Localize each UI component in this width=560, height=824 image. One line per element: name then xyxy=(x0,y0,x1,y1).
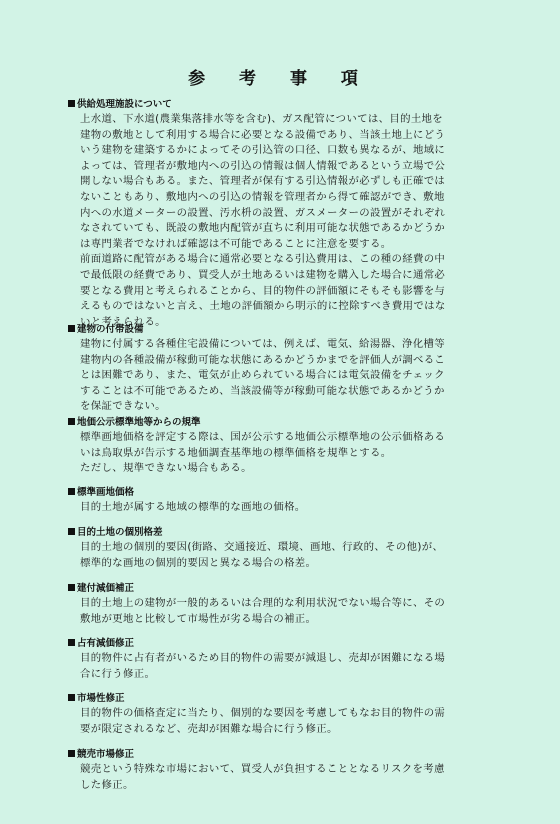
body-line: 建物の敷地として利用する場合に必要となる設備であり、当該土地上にどう xyxy=(68,128,498,144)
body-line: 建物内の各種設備が稼動可能な状態にあるかどうかまでを評価人が調べるこ xyxy=(68,353,498,369)
body-line: は専門業者でなければ確認は不可能であることに注意を要する。 xyxy=(68,237,498,253)
body-line: 競売という特殊な市場において、買受人が負担することとなるリスクを考慮 xyxy=(68,762,498,778)
body-line: 開しない場合もある。また、管理者が保有する引込情報が必ずしも正確では xyxy=(68,174,498,190)
body-line: いう建物を建築するかによってその引込管の口径、口数も異なるが、地域に xyxy=(68,143,498,159)
body-line: 合に行う修正。 xyxy=(68,667,498,683)
section-building-equipment: 建物の付帯設備 建物に付属する各種住宅設備については、例えば、電気、給湯器、浄化… xyxy=(68,323,498,415)
body-line: 上水道、下水道(農業集落排水等を含む)、ガス配管については、目的土地を xyxy=(68,112,498,128)
section-standard-lot-price: 標準画地価格 目的土地が属する地域の標準的な画地の価格。 xyxy=(68,486,498,516)
body-line: を保証できない。 xyxy=(68,399,498,415)
square-bullet-icon xyxy=(68,100,75,107)
section-heading-text: 供給処理施設について xyxy=(77,99,172,110)
section-individual-difference: 目的土地の個別格差 目的土地の個別的要因(街路、交通接近、環境、画地、行政的、そ… xyxy=(68,526,498,571)
body-line: 標準的な画地の個別的要因と異なる場合の格差。 xyxy=(68,556,498,572)
section-land-price-standard: 地価公示標準地等からの規準 標準画地価格を評定する際は、国が公示する地価公示標準… xyxy=(68,416,498,477)
body-line: 要となる費用と考えられることから、目的物件の評価額にそもそも影響を与 xyxy=(68,284,498,300)
section-heading: 目的土地の個別格差 xyxy=(68,526,498,540)
section-heading: 供給処理施設について xyxy=(68,98,498,112)
section-heading-text: 地価公示標準地等からの規準 xyxy=(77,417,201,428)
body-line: ただし、規準できない場合もある。 xyxy=(68,461,498,477)
section-heading-text: 標準画地価格 xyxy=(77,487,134,498)
section-heading: 市場性修正 xyxy=(68,692,498,706)
body-line: 建物に付属する各種住宅設備については、例えば、電気、給湯器、浄化槽等 xyxy=(68,337,498,353)
section-heading-text: 競売市場修正 xyxy=(77,749,134,760)
square-bullet-icon xyxy=(68,325,75,332)
section-heading: 建付減価補正 xyxy=(68,582,498,596)
square-bullet-icon xyxy=(68,750,75,757)
body-line: 前面道路に配管がある場合に通常必要となる引込費用は、この種の経費の中 xyxy=(68,252,498,268)
section-heading: 標準画地価格 xyxy=(68,486,498,500)
square-bullet-icon xyxy=(68,528,75,535)
section-heading-text: 建付減価補正 xyxy=(77,583,134,594)
body-line: いは鳥取県が告示する地価調査基準地の標準価格を規準とする。 xyxy=(68,446,498,462)
section-heading: 地価公示標準地等からの規準 xyxy=(68,416,498,430)
section-heading-text: 目的土地の個別格差 xyxy=(77,527,163,538)
section-heading: 建物の付帯設備 xyxy=(68,323,498,337)
square-bullet-icon xyxy=(68,418,75,425)
section-heading-text: 市場性修正 xyxy=(77,693,125,704)
section-utilities: 供給処理施設について 上水道、下水道(農業集落排水等を含む)、ガス配管については… xyxy=(68,98,498,330)
body-line: えるものではないと言え、土地の評価額から明示的に控除すべき費用ではな xyxy=(68,299,498,315)
page-title: 参 考 事 項 xyxy=(0,68,560,90)
body-line: 目的土地が属する地域の標準的な画地の価格。 xyxy=(68,500,498,516)
square-bullet-icon xyxy=(68,584,75,591)
body-line: 目的物件に占有者がいるため目的物件の需要が減退し、売却が困難になる場 xyxy=(68,651,498,667)
square-bullet-icon xyxy=(68,639,75,646)
body-line: 標準画地価格を評定する際は、国が公示する地価公示標準地の公示価格ある xyxy=(68,430,498,446)
body-line: 目的物件の価格査定に当たり、個別的な要因を考慮してもなお目的物件の需 xyxy=(68,706,498,722)
reference-notes-page: 参 考 事 項 供給処理施設について 上水道、下水道(農業集落排水等を含む)、ガ… xyxy=(0,0,560,824)
body-line: 内への水道メーターの設置、汚水枡の設置、ガスメーターの設置がそれぞれ xyxy=(68,206,498,222)
section-occupancy-reduction: 占有減価修正 目的物件に占有者がいるため目的物件の需要が減退し、売却が困難になる… xyxy=(68,637,498,682)
section-built-reduction: 建付減価補正 目的土地上の建物が一般的あるいは合理的な利用状況でない場合等に、そ… xyxy=(68,582,498,627)
body-line: することは不可能であるため、当該設備等が稼動可能な状態であるかどうか xyxy=(68,384,498,400)
square-bullet-icon xyxy=(68,694,75,701)
body-line: した修正。 xyxy=(68,778,498,794)
body-line: 敷地が更地と比較して市場性が劣る場合の補正。 xyxy=(68,612,498,628)
section-heading-text: 占有減価修正 xyxy=(77,638,134,649)
body-line: 目的土地上の建物が一般的あるいは合理的な利用状況でない場合等に、その xyxy=(68,596,498,612)
body-line: とは困難であり、また、電気が止められている場合には電気設備をチェック xyxy=(68,368,498,384)
body-line: 要が限定されるなど、売却が困難な場合に行う修正。 xyxy=(68,722,498,738)
body-line: で最低限の経費であり、買受人が土地あるいは建物を購入した場合に通常必 xyxy=(68,268,498,284)
body-line: 目的土地の個別的要因(街路、交通接近、環境、画地、行政的、その他)が、 xyxy=(68,540,498,556)
section-heading: 競売市場修正 xyxy=(68,748,498,762)
section-heading: 占有減価修正 xyxy=(68,637,498,651)
section-marketability-adjustment: 市場性修正 目的物件の価格査定に当たり、個別的な要因を考慮してもなお目的物件の需… xyxy=(68,692,498,737)
section-heading-text: 建物の付帯設備 xyxy=(77,324,144,335)
section-auction-market-adjustment: 競売市場修正 競売という特殊な市場において、買受人が負担することとなるリスクを考… xyxy=(68,748,498,793)
body-line: なされていても、既設の敷地内配管が直ちに利用可能な状態であるかどうか xyxy=(68,221,498,237)
body-line: よっては、管理者が敷地内への引込の情報は個人情報であるという立場で公 xyxy=(68,159,498,175)
square-bullet-icon xyxy=(68,488,75,495)
body-line: ないこともあり、敷地内への引込の情報を管理者から得て確認ができ、敷地 xyxy=(68,190,498,206)
